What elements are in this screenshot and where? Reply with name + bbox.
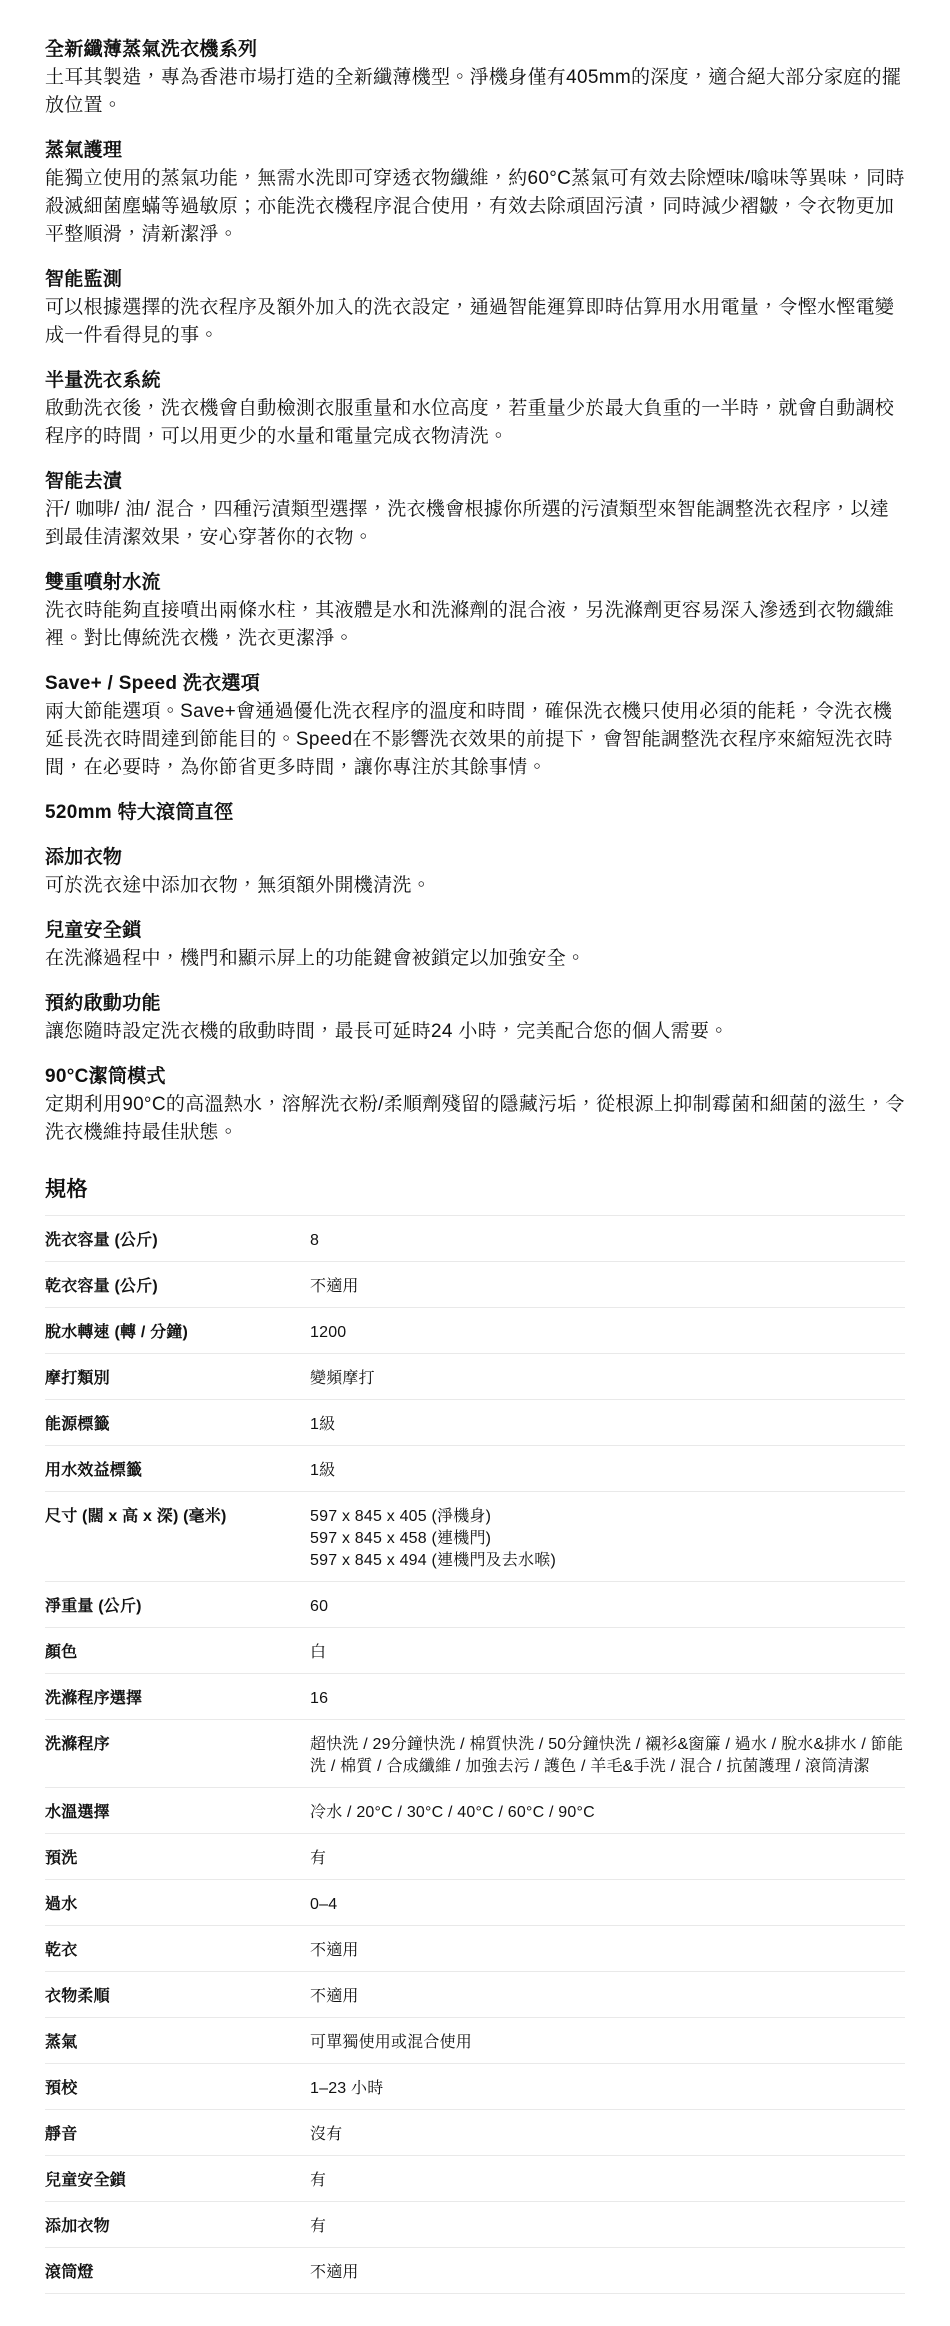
spec-row: 顏色白 [45, 1628, 905, 1674]
spec-row: 衣物柔順不適用 [45, 1972, 905, 2018]
spec-value: 超快洗 / 29分鐘快洗 / 棉質快洗 / 50分鐘快洗 / 襯衫&窗簾 / 過… [310, 1734, 905, 1778]
feature-body: 洗衣時能夠直接噴出兩條水柱，其液體是水和洗滌劑的混合液，另洗滌劑更容易深入滲透到… [45, 597, 905, 653]
spec-value-line: 超快洗 / 29分鐘快洗 / 棉質快洗 / 50分鐘快洗 / 襯衫&窗簾 / 過… [310, 1734, 905, 1778]
spec-value-line: 60 [310, 1596, 905, 1618]
spec-value: 不適用 [310, 1940, 905, 1962]
spec-value-line: 8 [310, 1230, 905, 1252]
feature-heading: 智能去漬 [45, 468, 905, 496]
spec-value: 60 [310, 1596, 905, 1618]
spec-value-line: 白 [310, 1642, 905, 1664]
spec-label: 兒童安全鎖 [45, 2170, 310, 2192]
spec-label: 洗衣容量 (公斤) [45, 1230, 310, 1252]
spec-value: 16 [310, 1688, 905, 1710]
feature-section: 預約啟動功能讓您隨時設定洗衣機的啟動時間，最長可延時24 小時，完美配合您的個人… [45, 990, 905, 1046]
spec-value-line: 不適用 [310, 2262, 905, 2284]
spec-value: 不適用 [310, 1276, 905, 1298]
spec-value-line: 不適用 [310, 1986, 905, 2008]
spec-value: 1200 [310, 1322, 905, 1344]
spec-label: 尺寸 (闊 x 高 x 深) (毫米) [45, 1506, 310, 1528]
spec-row: 蒸氣可單獨使用或混合使用 [45, 2018, 905, 2064]
feature-body: 啟動洗衣後，洗衣機會自動檢測衣服重量和水位高度，若重量少於最大負重的一半時，就會… [45, 395, 905, 451]
spec-value: 可單獨使用或混合使用 [310, 2032, 905, 2054]
spec-row: 尺寸 (闊 x 高 x 深) (毫米)597 x 845 x 405 (淨機身)… [45, 1492, 905, 1582]
spec-row: 脫水轉速 (轉 / 分鐘)1200 [45, 1308, 905, 1354]
spec-row: 能源標籤1級 [45, 1400, 905, 1446]
spec-value-line: 冷水 / 20°C / 30°C / 40°C / 60°C / 90°C [310, 1802, 905, 1824]
spec-value-line: 不適用 [310, 1940, 905, 1962]
specs-table: 洗衣容量 (公斤)8乾衣容量 (公斤)不適用脫水轉速 (轉 / 分鐘)1200摩… [45, 1215, 905, 2294]
spec-value: 沒有 [310, 2124, 905, 2146]
feature-heading: 蒸氣護理 [45, 137, 905, 165]
feature-section: 520mm 特大滾筒直徑 [45, 799, 905, 827]
spec-label: 衣物柔順 [45, 1986, 310, 2008]
spec-label: 乾衣 [45, 1940, 310, 1962]
feature-heading: 智能監測 [45, 266, 905, 294]
spec-row: 預校1–23 小時 [45, 2064, 905, 2110]
spec-row: 摩打類別變頻摩打 [45, 1354, 905, 1400]
spec-value: 597 x 845 x 405 (淨機身)597 x 845 x 458 (連機… [310, 1506, 905, 1572]
spec-value: 8 [310, 1230, 905, 1252]
spec-value: 白 [310, 1642, 905, 1664]
spec-label: 預校 [45, 2078, 310, 2100]
spec-label: 能源標籤 [45, 1414, 310, 1436]
feature-section: 智能監測可以根據選擇的洗衣程序及額外加入的洗衣設定，通過智能運算即時估算用水用電… [45, 266, 905, 350]
spec-value-line: 0–4 [310, 1894, 905, 1916]
spec-value-line: 有 [310, 1848, 905, 1870]
spec-row: 滾筒燈不適用 [45, 2248, 905, 2294]
feature-body: 能獨立使用的蒸氣功能，無需水洗即可穿透衣物纖維，約60°C蒸氣可有效去除煙味/噏… [45, 165, 905, 249]
spec-label: 洗滌程序 [45, 1734, 310, 1756]
spec-value-line: 沒有 [310, 2124, 905, 2146]
specs-section-title: 規格 [45, 1177, 905, 1203]
spec-value-line: 1–23 小時 [310, 2078, 905, 2100]
spec-label: 摩打類別 [45, 1368, 310, 1390]
feature-heading: 添加衣物 [45, 844, 905, 872]
product-detail-page: 全新纖薄蒸氣洗衣機系列土耳其製造，專為香港市場打造的全新纖薄機型。淨機身僅有40… [0, 0, 950, 2304]
spec-row: 過水0–4 [45, 1880, 905, 1926]
spec-value-line: 597 x 845 x 494 (連機門及去水喉) [310, 1550, 905, 1572]
spec-row: 添加衣物有 [45, 2202, 905, 2248]
feature-body: 讓您隨時設定洗衣機的啟動時間，最長可延時24 小時，完美配合您的個人需要。 [45, 1018, 905, 1046]
spec-row: 乾衣容量 (公斤)不適用 [45, 1262, 905, 1308]
feature-sections: 全新纖薄蒸氣洗衣機系列土耳其製造，專為香港市場打造的全新纖薄機型。淨機身僅有40… [45, 36, 905, 1147]
spec-label: 靜音 [45, 2124, 310, 2146]
spec-label: 顏色 [45, 1642, 310, 1664]
spec-value: 變頻摩打 [310, 1368, 905, 1390]
spec-label: 淨重量 (公斤) [45, 1596, 310, 1618]
spec-value-line: 有 [310, 2170, 905, 2192]
spec-label: 預洗 [45, 1848, 310, 1870]
spec-value: 1級 [310, 1414, 905, 1436]
feature-body: 在洗滌過程中，機門和顯示屏上的功能鍵會被鎖定以加強安全。 [45, 945, 905, 973]
feature-section: 兒童安全鎖在洗滌過程中，機門和顯示屏上的功能鍵會被鎖定以加強安全。 [45, 917, 905, 973]
spec-label: 脫水轉速 (轉 / 分鐘) [45, 1322, 310, 1344]
spec-value-line: 1級 [310, 1414, 905, 1436]
feature-heading: 90°C潔筒模式 [45, 1063, 905, 1091]
spec-row: 乾衣不適用 [45, 1926, 905, 1972]
spec-value-line: 16 [310, 1688, 905, 1710]
spec-row: 洗滌程序超快洗 / 29分鐘快洗 / 棉質快洗 / 50分鐘快洗 / 襯衫&窗簾… [45, 1720, 905, 1788]
feature-heading: 雙重噴射水流 [45, 569, 905, 597]
spec-label: 水溫選擇 [45, 1802, 310, 1824]
spec-row: 兒童安全鎖有 [45, 2156, 905, 2202]
spec-row: 洗滌程序選擇16 [45, 1674, 905, 1720]
spec-label: 用水效益標籤 [45, 1460, 310, 1482]
feature-body: 汗/ 咖啡/ 油/ 混合，四種污漬類型選擇，洗衣機會根據你所選的污漬類型來智能調… [45, 496, 905, 552]
feature-heading: 半量洗衣系統 [45, 367, 905, 395]
spec-row: 洗衣容量 (公斤)8 [45, 1216, 905, 1262]
spec-row: 水溫選擇冷水 / 20°C / 30°C / 40°C / 60°C / 90°… [45, 1788, 905, 1834]
feature-section: Save+ / Speed 洗衣選項兩大節能選項。Save+會通過優化洗衣程序的… [45, 670, 905, 782]
feature-body: 定期利用90°C的高溫熱水，溶解洗衣粉/柔順劑殘留的隱藏污垢，從根源上抑制霉菌和… [45, 1091, 905, 1147]
spec-label: 蒸氣 [45, 2032, 310, 2054]
feature-section: 蒸氣護理能獨立使用的蒸氣功能，無需水洗即可穿透衣物纖維，約60°C蒸氣可有效去除… [45, 137, 905, 249]
spec-label: 添加衣物 [45, 2216, 310, 2238]
spec-value-line: 1級 [310, 1460, 905, 1482]
spec-value-line: 1200 [310, 1322, 905, 1344]
feature-section: 智能去漬汗/ 咖啡/ 油/ 混合，四種污漬類型選擇，洗衣機會根據你所選的污漬類型… [45, 468, 905, 552]
spec-value-line: 597 x 845 x 405 (淨機身) [310, 1506, 905, 1528]
spec-value: 1–23 小時 [310, 2078, 905, 2100]
spec-value-line: 可單獨使用或混合使用 [310, 2032, 905, 2054]
spec-value: 冷水 / 20°C / 30°C / 40°C / 60°C / 90°C [310, 1802, 905, 1824]
spec-label: 過水 [45, 1894, 310, 1916]
spec-label: 洗滌程序選擇 [45, 1688, 310, 1710]
feature-heading: Save+ / Speed 洗衣選項 [45, 670, 905, 698]
feature-body: 兩大節能選項。Save+會通過優化洗衣程序的溫度和時間，確保洗衣機只使用必須的能… [45, 698, 905, 782]
feature-section: 添加衣物可於洗衣途中添加衣物，無須額外開機清洗。 [45, 844, 905, 900]
spec-label: 乾衣容量 (公斤) [45, 1276, 310, 1298]
spec-value-line: 597 x 845 x 458 (連機門) [310, 1528, 905, 1550]
feature-body: 可於洗衣途中添加衣物，無須額外開機清洗。 [45, 872, 905, 900]
spec-value: 有 [310, 2170, 905, 2192]
spec-value-line: 變頻摩打 [310, 1368, 905, 1390]
feature-body: 可以根據選擇的洗衣程序及額外加入的洗衣設定，通過智能運算即時估算用水用電量，令慳… [45, 294, 905, 350]
feature-heading: 全新纖薄蒸氣洗衣機系列 [45, 36, 905, 64]
feature-section: 半量洗衣系統啟動洗衣後，洗衣機會自動檢測衣服重量和水位高度，若重量少於最大負重的… [45, 367, 905, 451]
spec-value: 有 [310, 1848, 905, 1870]
spec-value: 0–4 [310, 1894, 905, 1916]
feature-section: 雙重噴射水流洗衣時能夠直接噴出兩條水柱，其液體是水和洗滌劑的混合液，另洗滌劑更容… [45, 569, 905, 653]
spec-value-line: 不適用 [310, 1276, 905, 1298]
feature-body: 土耳其製造，專為香港市場打造的全新纖薄機型。淨機身僅有405mm的深度，適合絕大… [45, 64, 905, 120]
spec-value: 有 [310, 2216, 905, 2238]
spec-label: 滾筒燈 [45, 2262, 310, 2284]
feature-heading: 520mm 特大滾筒直徑 [45, 799, 905, 827]
feature-heading: 兒童安全鎖 [45, 917, 905, 945]
spec-value: 不適用 [310, 2262, 905, 2284]
spec-row: 用水效益標籤1級 [45, 1446, 905, 1492]
spec-row: 淨重量 (公斤)60 [45, 1582, 905, 1628]
spec-row: 預洗有 [45, 1834, 905, 1880]
spec-value: 1級 [310, 1460, 905, 1482]
spec-row: 靜音沒有 [45, 2110, 905, 2156]
spec-value-line: 有 [310, 2216, 905, 2238]
spec-value: 不適用 [310, 1986, 905, 2008]
feature-section: 90°C潔筒模式定期利用90°C的高溫熱水，溶解洗衣粉/柔順劑殘留的隱藏污垢，從… [45, 1063, 905, 1147]
feature-section: 全新纖薄蒸氣洗衣機系列土耳其製造，專為香港市場打造的全新纖薄機型。淨機身僅有40… [45, 36, 905, 120]
feature-heading: 預約啟動功能 [45, 990, 905, 1018]
